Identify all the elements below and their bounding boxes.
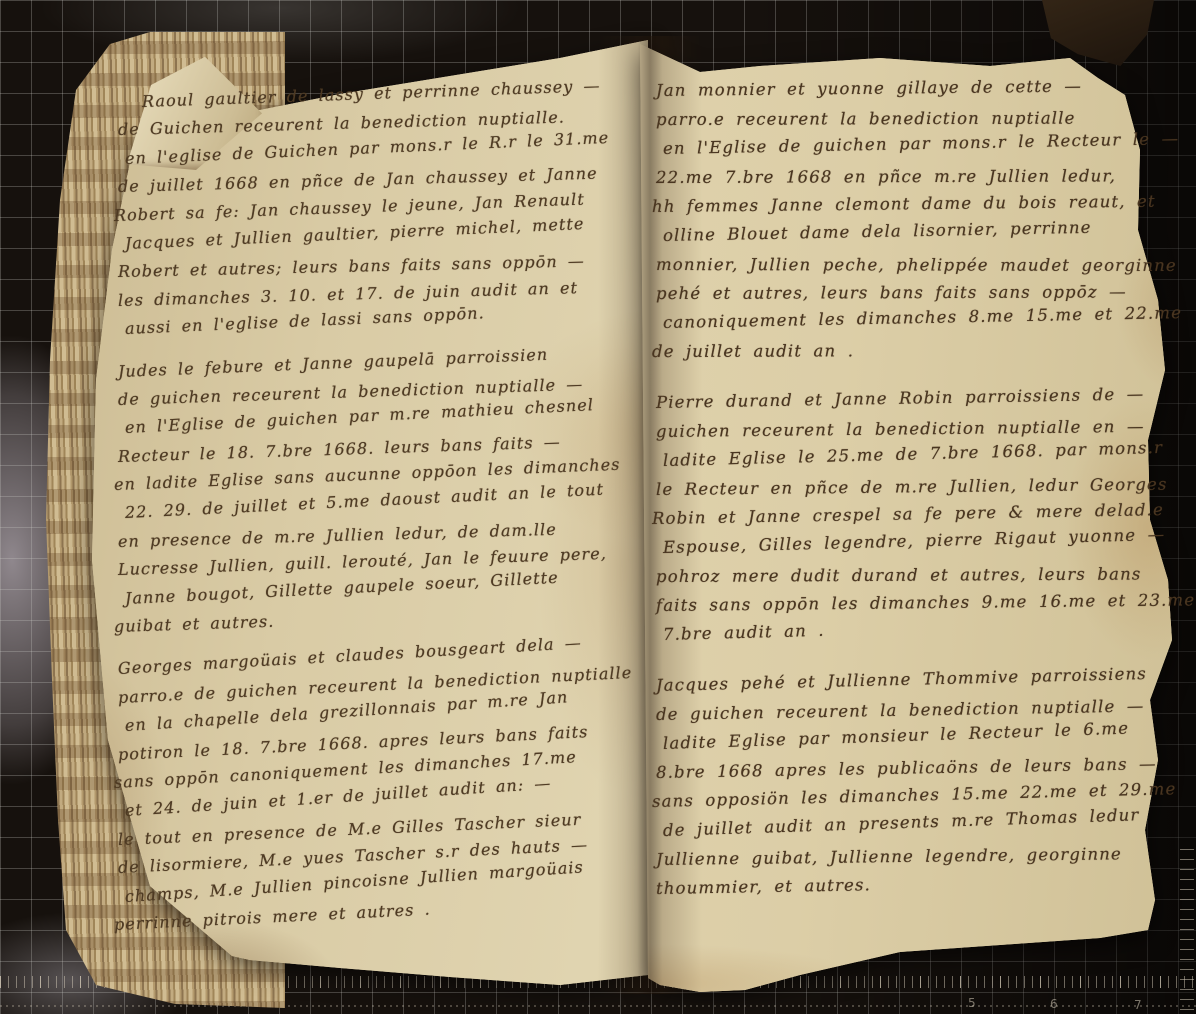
manuscript-line: monnier, Jullien peche, phelippée maudet… xyxy=(656,250,1161,280)
manuscript-line: Pierre durand et Janne Robin parroissien… xyxy=(656,379,1161,417)
marriage-entry: Jan monnier et yuonne gillaye de cette —… xyxy=(656,76,1161,366)
marriage-entry: Pierre durand et Janne Robin parroissien… xyxy=(656,388,1161,649)
manuscript-line: Jan monnier et yuonne gillaye de cette — xyxy=(656,71,1161,105)
marriage-entry: Georges margoüais et claudes bousgeart d… xyxy=(118,655,643,939)
marriage-entry: Judes le febure et Janne gaupelā parrois… xyxy=(118,358,643,642)
right-page-text: Jan monnier et yuonne gillaye de cette —… xyxy=(656,76,1161,925)
marriage-entry: Raoul gaultier de lassy et perrinne chau… xyxy=(118,88,643,344)
marriage-entry: Jacques pehé et Jullienne Thommive parro… xyxy=(656,671,1161,903)
manuscript-photo: 5 6 7 Raoul gaultier de lassy et perrinn… xyxy=(0,0,1196,1014)
left-page-text: Raoul gaultier de lassy et perrinne chau… xyxy=(118,88,643,953)
manuscript-line: de juillet audit an . xyxy=(652,335,1161,366)
